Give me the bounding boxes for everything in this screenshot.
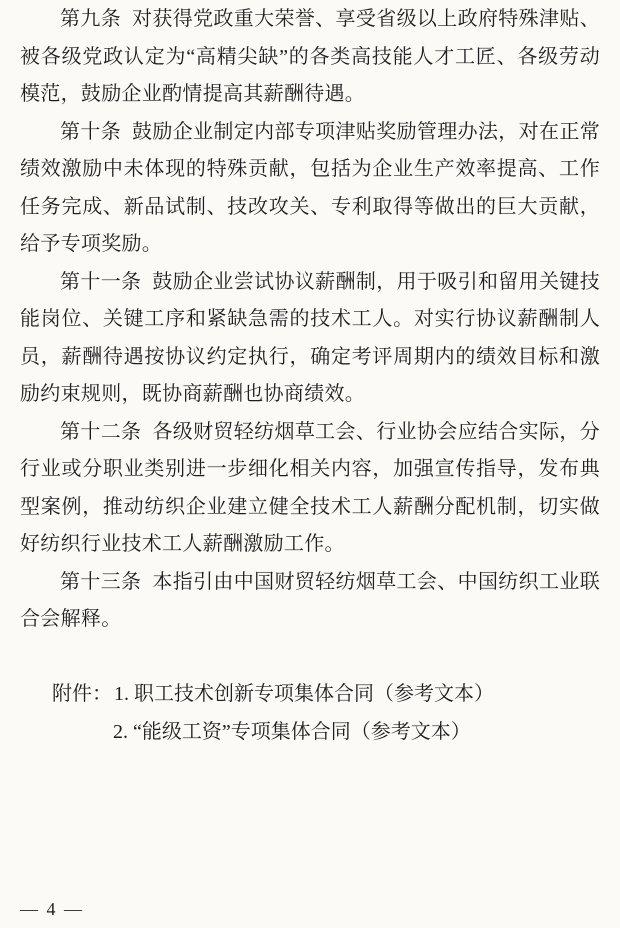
attachment-line: 2. “能级工资”专项集体合同（参考文本） [113,714,600,752]
article-paragraph: 第十三条本指引由中国财贸轻纺烟草工会、中国纺织工业联合会解释。 [20,564,600,639]
attachments-block: 附件：1. 职工技术创新专项集体合同（参考文本） 2. “能级工资”专项集体合同… [52,676,600,751]
article-label: 第十三条 [60,571,141,593]
page-number: — 4 — [20,899,84,920]
attachment-item: 1. 职工技术创新专项集体合同（参考文本） [114,683,494,705]
article-paragraph: 第十二条各级财贸轻纺烟草工会、行业协会应结合实际，分行业或分职业类别进一步细化相… [20,414,600,564]
article-paragraph: 第十条鼓励企业制定内部专项津贴奖励管理办法，对在正常绩效激励中未体现的特殊贡献，… [20,114,600,264]
attachments-label: 附件： [52,683,112,705]
article-label: 第十二条 [60,421,141,443]
article-label: 第十一条 [60,271,141,293]
attachment-line: 附件：1. 职工技术创新专项集体合同（参考文本） [52,676,600,714]
attachment-item: 2. “能级工资”专项集体合同（参考文本） [113,721,471,743]
document-page: 第九条对获得党政重大荣誉、享受省级以上政府特殊津贴、被各级党政认定为“高精尖缺”… [0,0,620,928]
article-label: 第十条 [60,121,121,143]
document-body: 第九条对获得党政重大荣誉、享受省级以上政府特殊津贴、被各级党政认定为“高精尖缺”… [20,1,600,751]
article-paragraph: 第九条对获得党政重大荣誉、享受省级以上政府特殊津贴、被各级党政认定为“高精尖缺”… [20,1,600,114]
article-paragraph: 第十一条鼓励企业尝试协议薪酬制，用于吸引和留用关键技能岗位、关键工序和紧缺急需的… [20,264,600,414]
article-label: 第九条 [60,8,121,30]
